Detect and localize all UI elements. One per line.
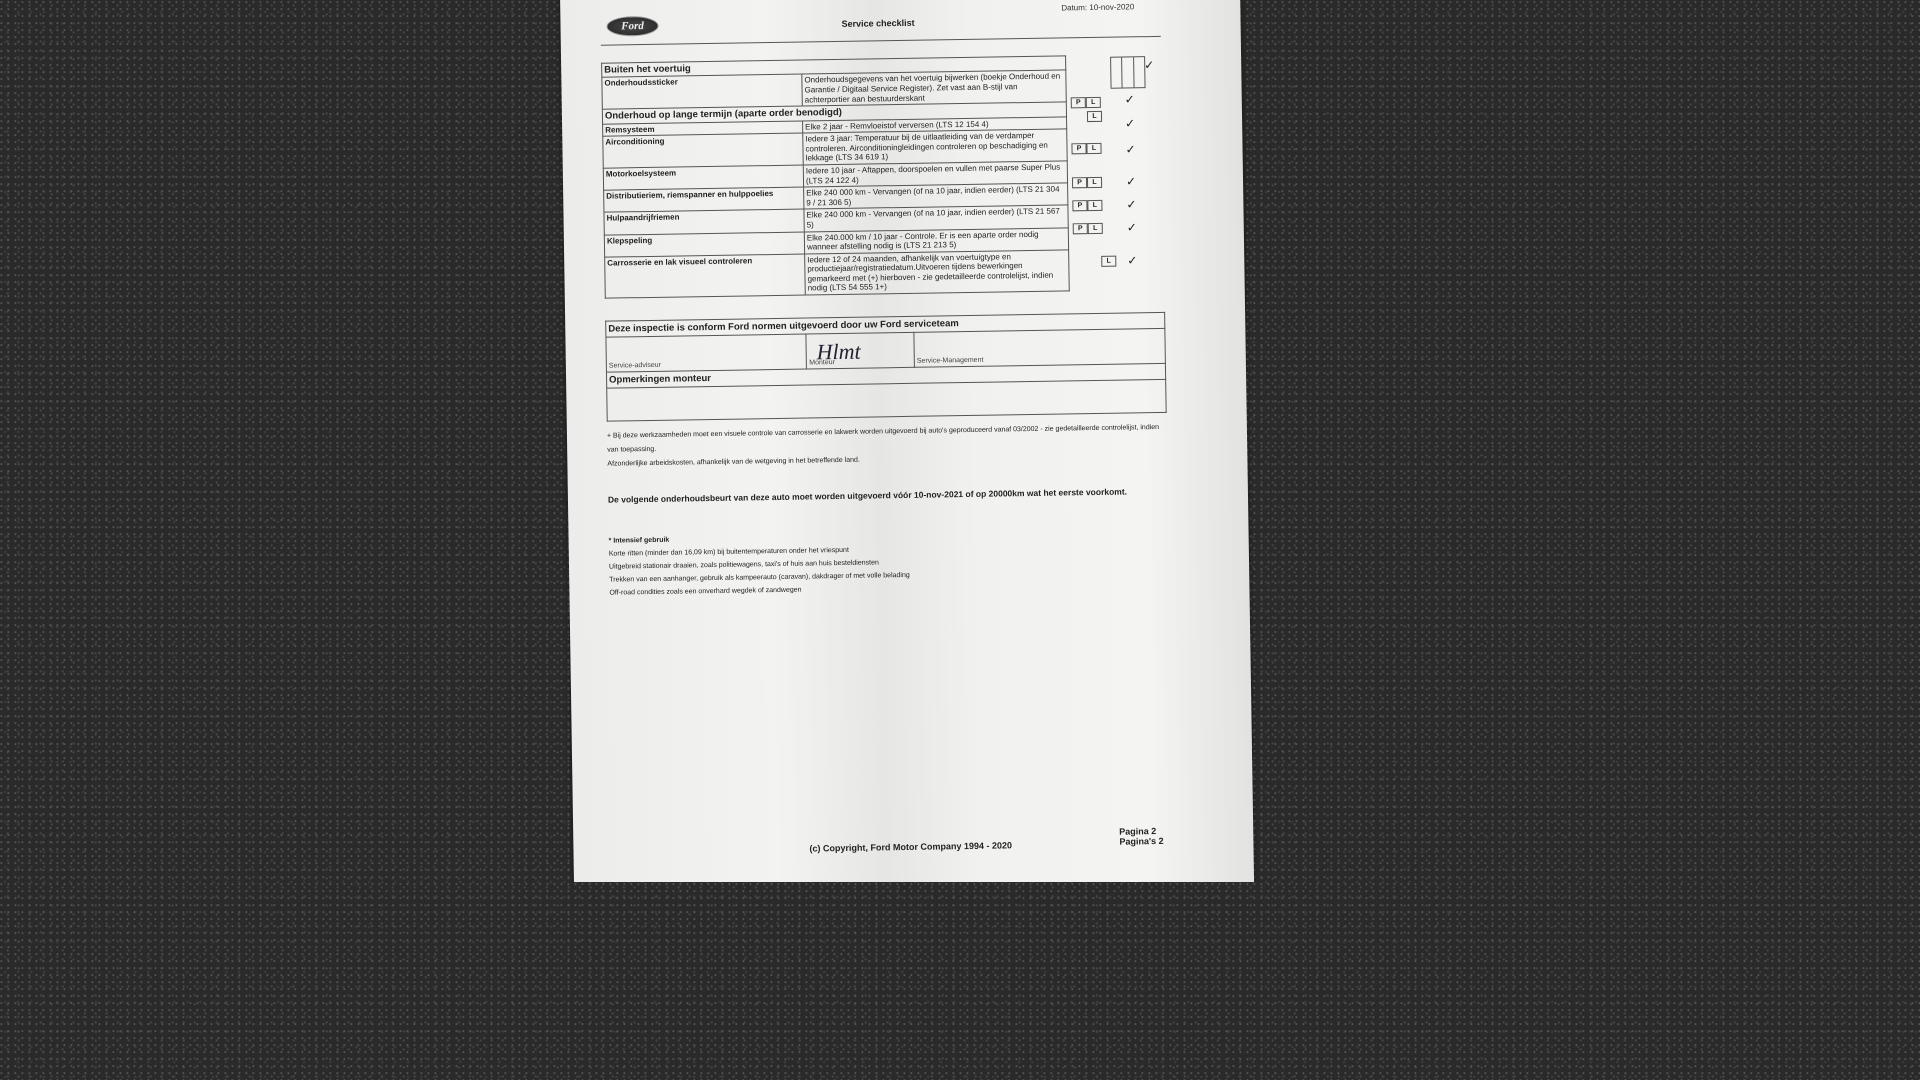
checkmark-icon: ✓ <box>1125 92 1135 106</box>
checkmark-icon: ✓ <box>1125 142 1135 156</box>
footnotes: + Bij deze werkzaamheden moet een visuel… <box>607 421 1168 472</box>
checklist-table: Buiten het voertuig OnderhoudsstickerOnd… <box>601 55 1070 298</box>
mechanic-signature: Hlmt <box>816 339 860 366</box>
l-box: L <box>1087 111 1102 122</box>
checkmark-icon: ✓ <box>1125 116 1135 130</box>
document-date: Datum: 10-nov-2020 <box>1061 2 1134 12</box>
header-divider <box>601 36 1161 46</box>
check-cell: ✓ <box>1070 54 1161 97</box>
table-row: Carrosserie en lak visueel controlerenIe… <box>605 250 1070 299</box>
check-column: ✓ PL✓ L✓ PL✓ PL✓ PL✓ PL✓ L✓ <box>1070 54 1164 296</box>
l-box: L <box>1086 97 1101 108</box>
service-checklist-document: Ford Service checklist Datum: 10-nov-202… <box>560 0 1254 882</box>
checkmark-icon: ✓ <box>1127 253 1137 267</box>
p-box: P <box>1071 97 1086 108</box>
intensive-use-list: * Intensief gebruik Korte ritten (minder… <box>609 530 911 600</box>
next-service-notice: De volgende onderhoudsbeurt van deze aut… <box>608 486 1127 504</box>
checkmark-icon: ✓ <box>1126 197 1136 211</box>
inspection-table: Deze inspectie is conform Ford normen ui… <box>605 312 1167 422</box>
checkmark-icon: ✓ <box>1126 174 1136 188</box>
service-management-field: Service-Management <box>914 328 1165 367</box>
checkmark-icon: ✓ <box>1127 220 1137 234</box>
document-title: Service checklist <box>841 18 914 29</box>
service-advisor-field: Service-adviseur <box>606 334 807 372</box>
ford-logo: Ford <box>606 16 658 37</box>
checkmark-icon: ✓ <box>1144 58 1154 72</box>
copyright: (c) Copyright, Ford Motor Company 1994 -… <box>809 840 1012 853</box>
page-number: Pagina 2 Pagina's 2 <box>1119 826 1174 847</box>
